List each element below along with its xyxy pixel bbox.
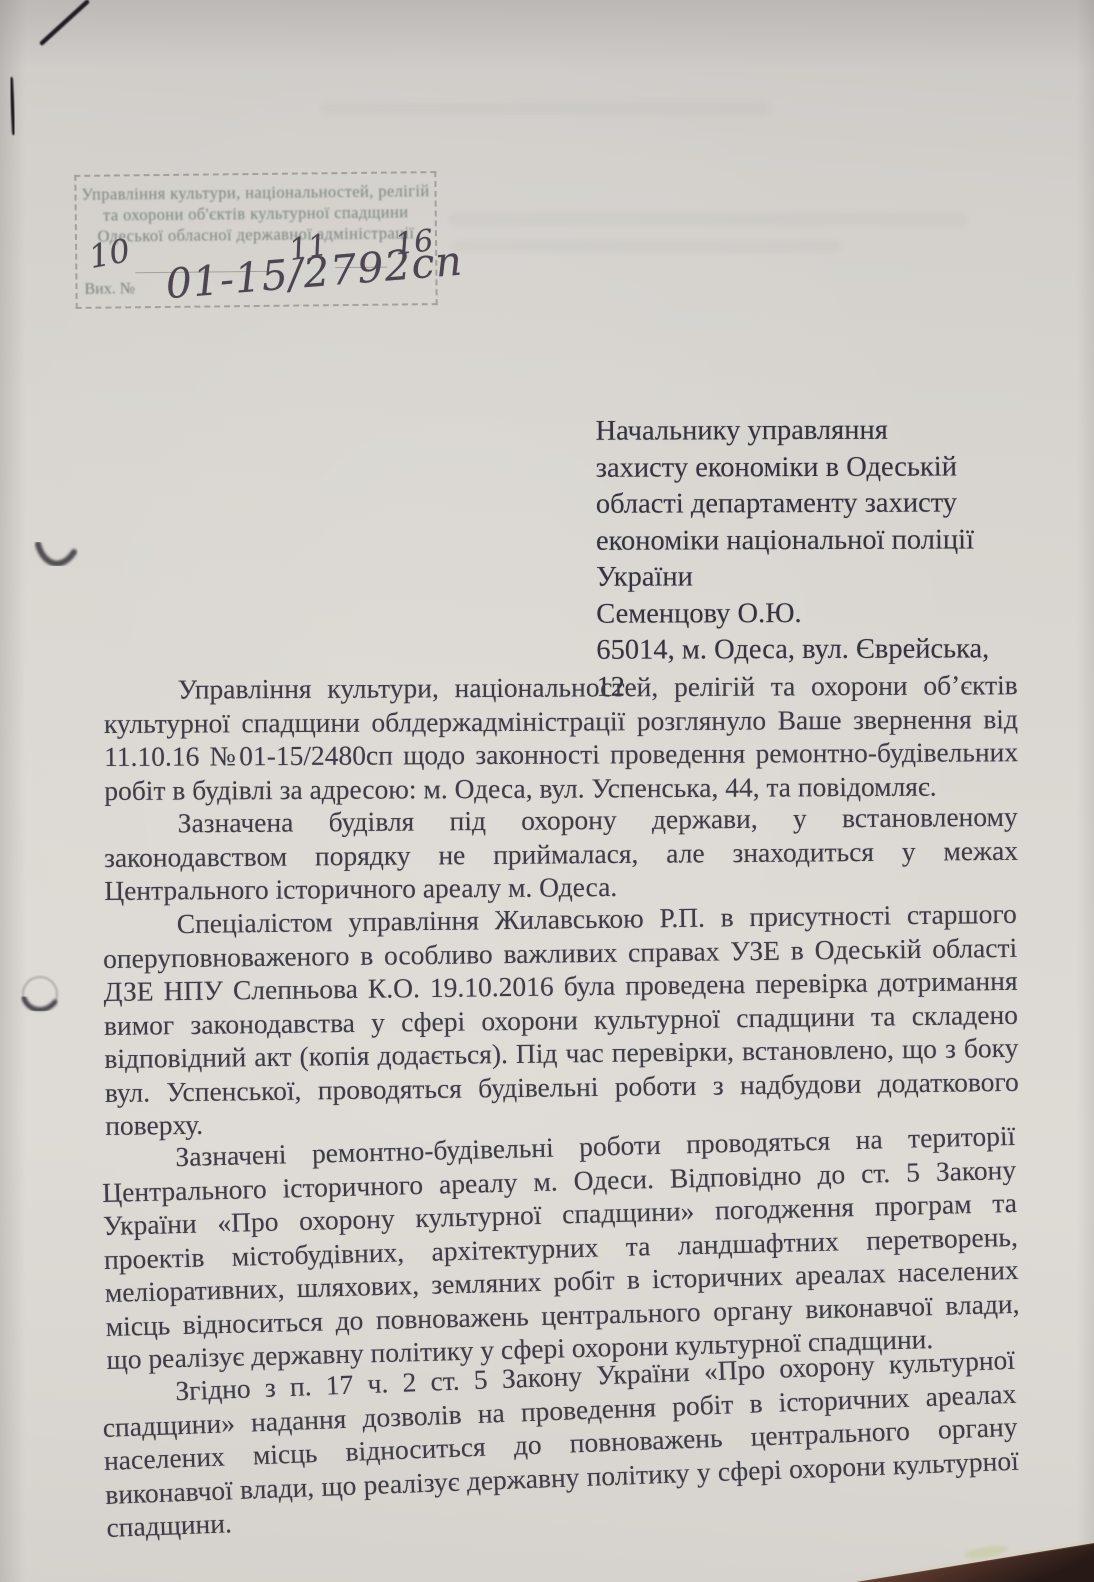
body-paragraph-2: Зазначена будівля під охорону держави, у… (104, 800, 1019, 908)
stamp-ref-label: Вих. № (84, 280, 135, 299)
stamp-ref-number: 01-15/2792сп (164, 237, 465, 309)
ghost-bleed-line (320, 102, 770, 115)
desk-corner (856, 1543, 1094, 1582)
recipient-line: України (596, 558, 1020, 596)
paper-edge-shadow-left (0, 0, 26, 1582)
recipient-line: області департаменту захисту (596, 485, 1020, 523)
punch-hole-shadow-lower (24, 998, 55, 1010)
scan-artifact-vertical-line (11, 79, 14, 133)
scan-artifact-diagonal-line (42, 2, 87, 43)
body-paragraph-4: Зазначені ремонтно-будівельні роботи про… (101, 1119, 1021, 1377)
stamp-date-day: 10 (86, 231, 133, 276)
recipient-block: Начальнику управляння захисту економіки … (595, 412, 1020, 705)
body-paragraph-5: Згідно з п. 17 ч. 2 ст. 5 Закону України… (101, 1342, 1021, 1544)
body-paragraph-3: Спеціалістом управління Жилавською Р.П. … (103, 896, 1020, 1142)
paper-edge-highlight (858, 1542, 1094, 1580)
punch-hole-ring-lower (23, 977, 57, 1011)
ghost-bleed-line (452, 240, 842, 252)
letter-body: Управління культури, національностей, ре… (104, 673, 1018, 1544)
body-paragraph-1: Управління культури, національностей, ре… (104, 668, 1019, 807)
stamp-org-lines: Управління культури, національностей, ре… (76, 173, 435, 247)
recipient-line: економіки національної поліції (596, 522, 1020, 560)
stamp-box: Управління культури, національностей, ре… (74, 171, 437, 309)
paper-edge-glint (963, 1544, 1008, 1561)
recipient-line: Семенцову О.Ю. (596, 595, 1020, 633)
recipient-line: Начальнику управляння (595, 412, 1019, 450)
ghost-bleed-line (448, 213, 968, 226)
paper-edge-shadow-top (0, 0, 1094, 70)
paper-edge-shadow-right (1076, 0, 1094, 1582)
punch-hole-shadow-upper (38, 544, 74, 564)
scanned-letter-page: Управління культури, національностей, ре… (0, 0, 1094, 1582)
recipient-line: захисту економіки в Одеській (596, 449, 1020, 487)
